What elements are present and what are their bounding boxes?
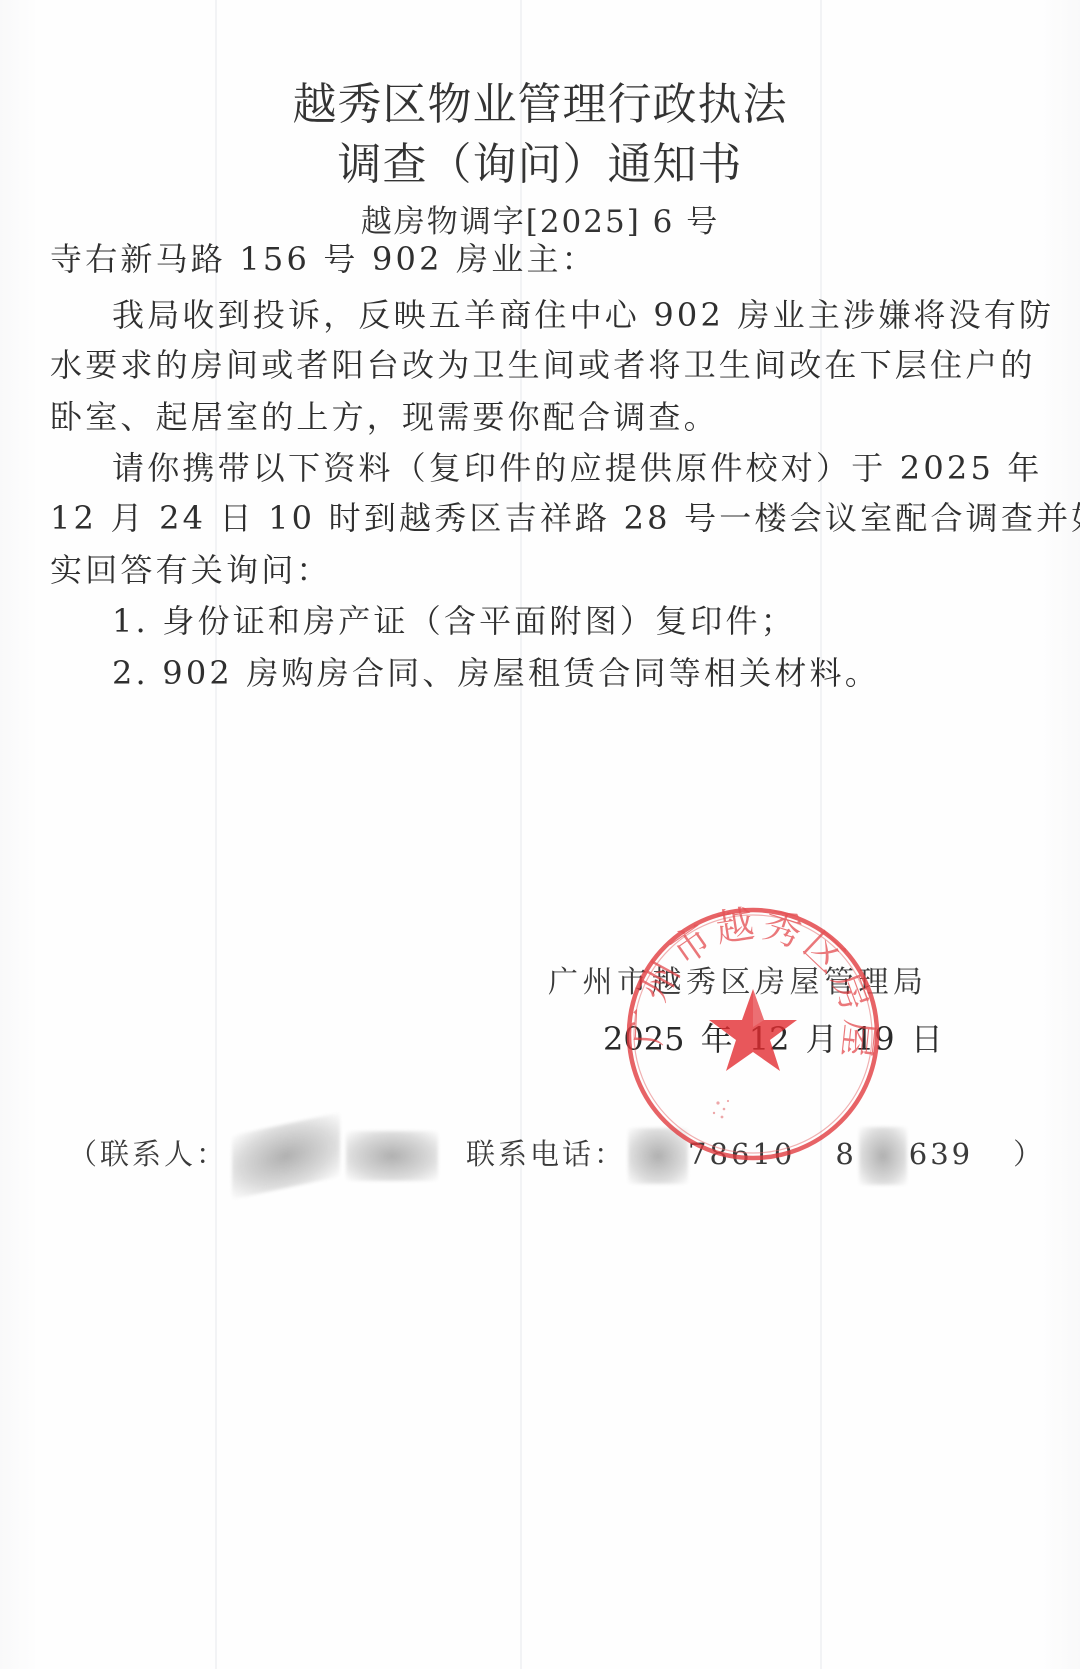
issuer-name: 广州市越秀区房屋管理局 xyxy=(548,957,928,1001)
issue-date: 2025 年 12 月 19 日 xyxy=(603,1014,943,1060)
contact-open-paren: （ xyxy=(68,1132,100,1173)
contact-phone2-suffix: 639 xyxy=(909,1137,973,1171)
required-item-1: 1. 身份证和房产证（含平面附图）复印件； xyxy=(112,601,796,641)
redacted-name-suffix xyxy=(346,1131,438,1181)
paragraph2-line3: 实回答有关询问： xyxy=(50,550,332,590)
document-title-line1: 越秀区物业管理行政执法 xyxy=(0,68,1080,132)
contact-phone1-suffix: 78610 xyxy=(688,1137,795,1171)
paragraph1-line3: 卧室、起居室的上方，现需要你配合调查。 xyxy=(50,397,719,437)
document-title-line2: 调查（询问）通知书 xyxy=(0,128,1080,192)
contact-line: （联系人：联系电话：786108639） xyxy=(68,1124,1045,1188)
redacted-phone-prefix xyxy=(628,1128,688,1184)
redacted-name xyxy=(232,1113,340,1200)
paragraph2-line1: 请你携带以下资料（复印件的应提供原件校对）于 2025 年 xyxy=(112,448,1043,488)
document-page: 越秀区物业管理行政执法 调查（询问）通知书 越房物调字[2025] 6 号 寺右… xyxy=(0,0,1080,1669)
paper-texture xyxy=(820,0,822,1669)
required-item-2: 2. 902 房购房合同、房屋租赁合同等相关材料。 xyxy=(112,653,880,693)
paragraph2-line2: 12 月 24 日 10 时到越秀区吉祥路 28 号一楼会议室配合调查并如 xyxy=(50,498,1080,538)
paragraph1-line2: 水要求的房间或者阳台改为卫生间或者将卫生间改在下层住户的 xyxy=(50,345,1036,385)
contact-person-label: 联系人： xyxy=(100,1132,228,1173)
addressee: 寺右新马路 156 号 902 房业主： xyxy=(50,239,597,279)
contact-phone-label: 联系电话： xyxy=(466,1132,626,1173)
contact-close-paren: ） xyxy=(1013,1132,1045,1173)
document-number: 越房物调字[2025] 6 号 xyxy=(0,196,1080,241)
paragraph1-line1: 我局收到投诉，反映五羊商住中心 902 房业主涉嫌将没有防 xyxy=(112,295,1054,335)
redacted-phone-middle xyxy=(859,1127,907,1185)
contact-phone2-prefix: 8 xyxy=(835,1137,856,1171)
